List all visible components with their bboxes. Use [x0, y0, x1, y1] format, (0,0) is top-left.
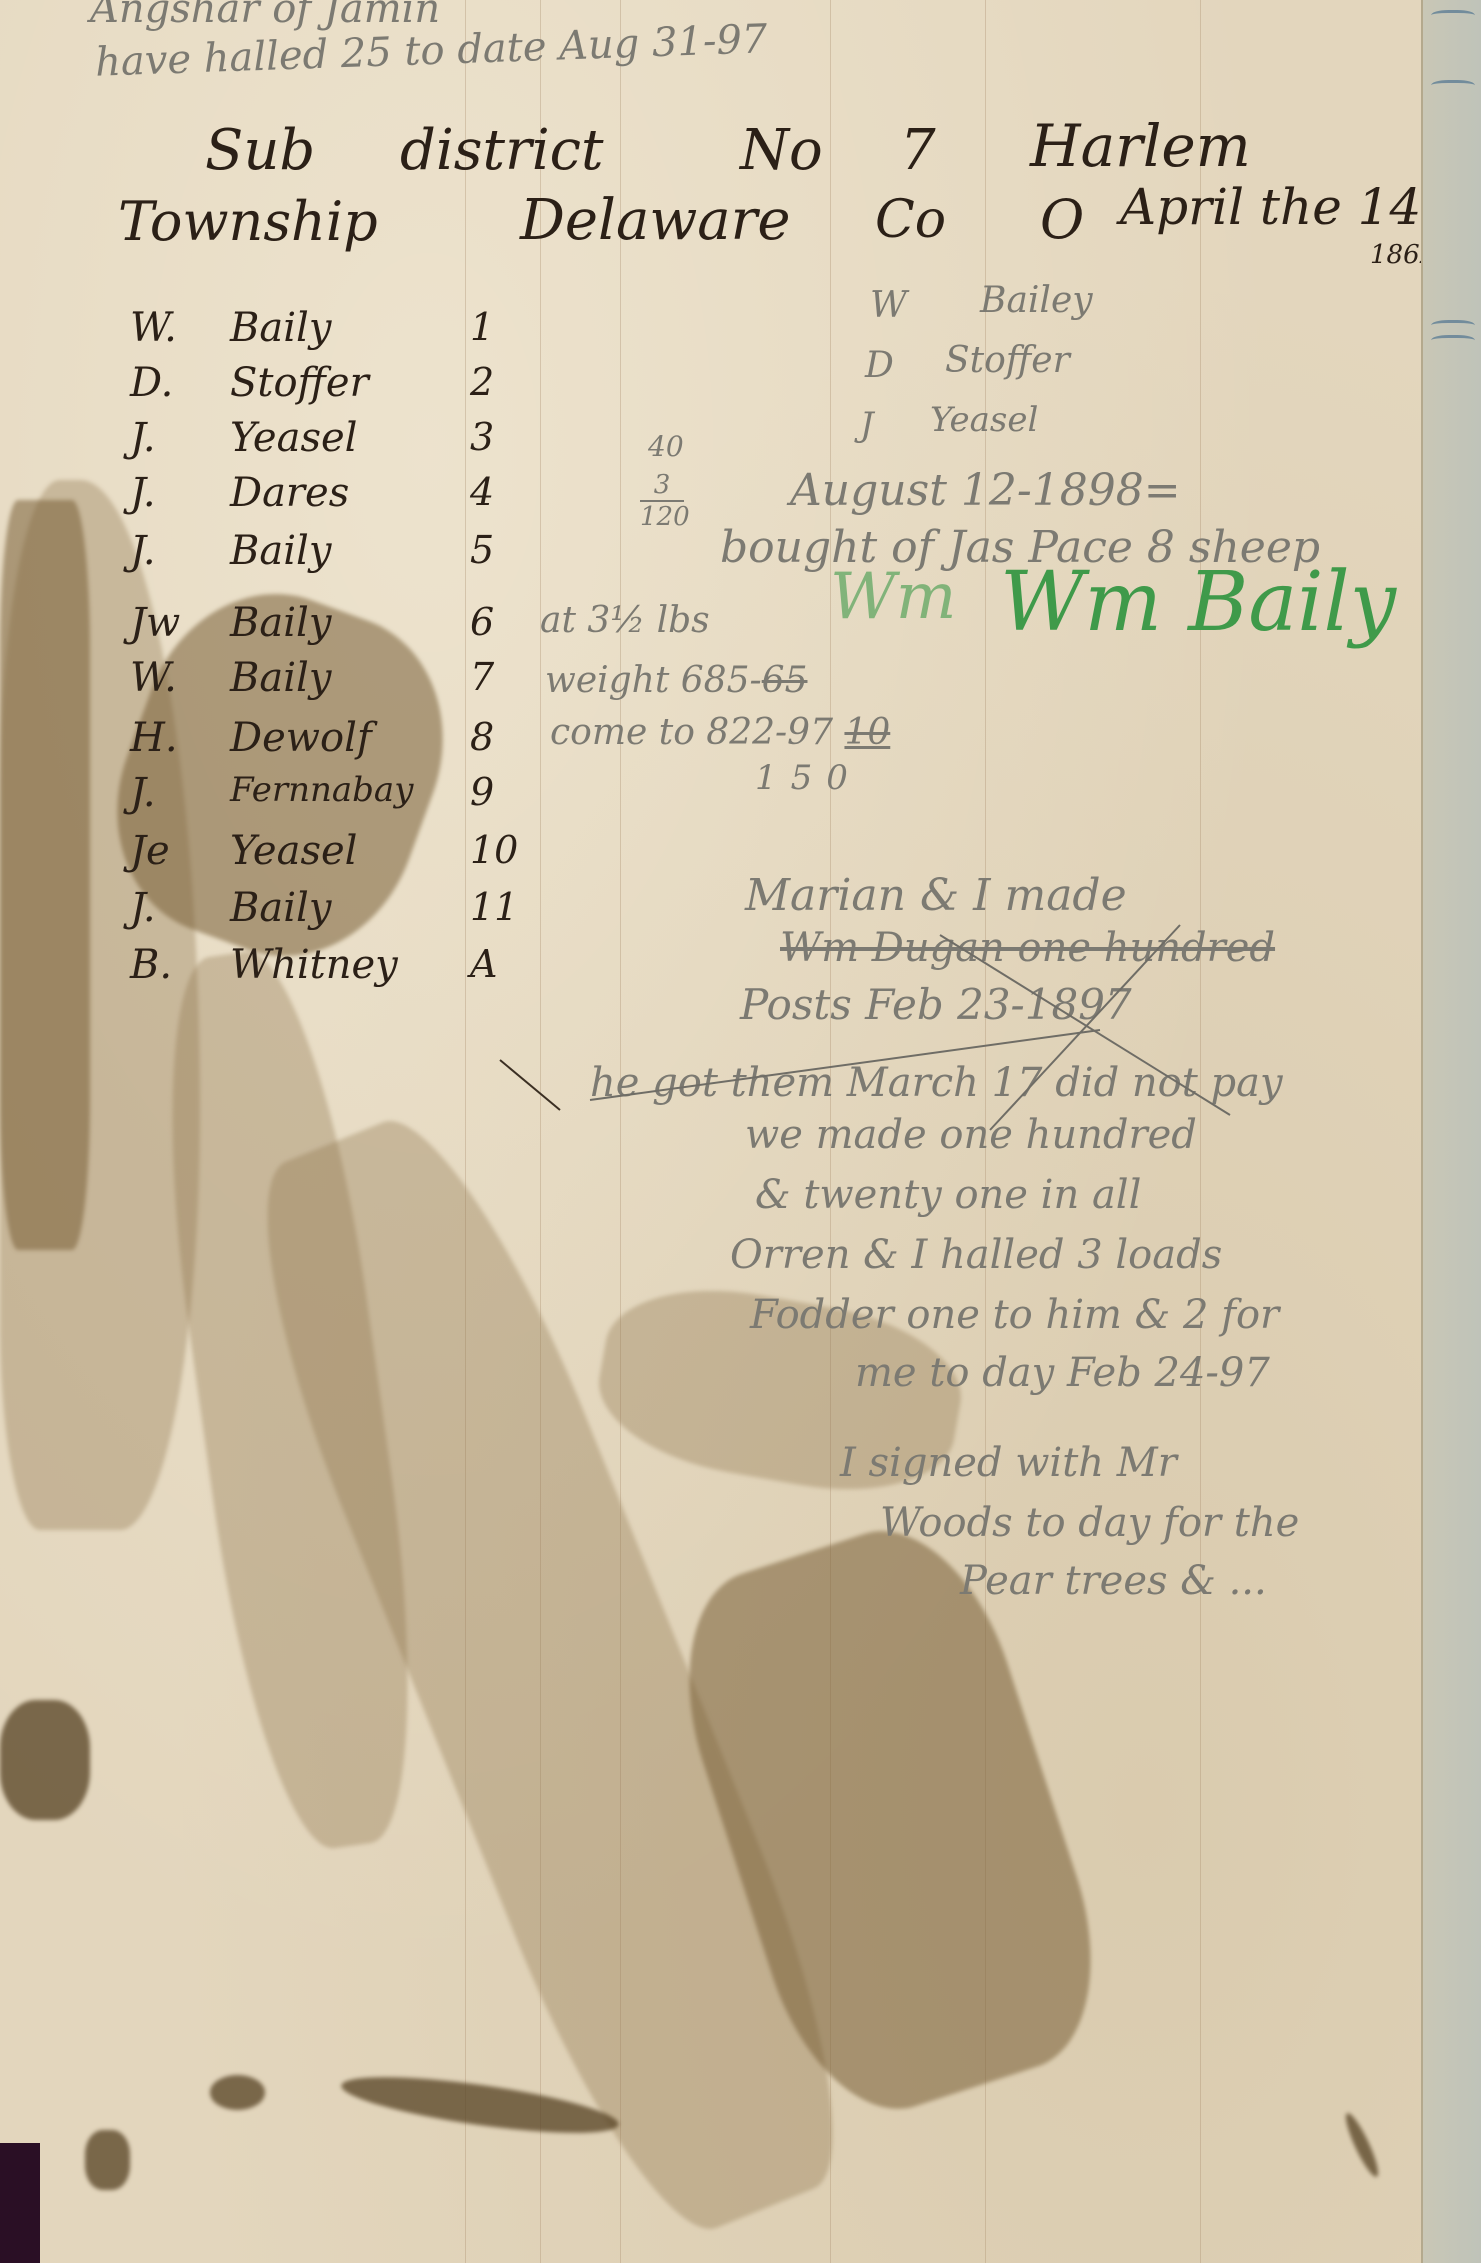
torn-corner [0, 2143, 40, 2263]
strike-lines [0, 0, 1430, 2263]
blue-scribble [1431, 335, 1475, 348]
underlying-page-edge [1421, 0, 1481, 2263]
ledger-page: Angshar of Jamin have halled 25 to date … [0, 0, 1430, 2263]
blue-scribble [1431, 10, 1475, 23]
blue-scribble [1431, 80, 1475, 93]
signed-note-line3: Pear trees & ... [960, 1558, 1267, 1604]
blue-scribble [1431, 320, 1475, 333]
signed-note-line2: Woods to day for the [880, 1500, 1299, 1546]
signed-note-line1: I signed with Mr [840, 1440, 1177, 1486]
